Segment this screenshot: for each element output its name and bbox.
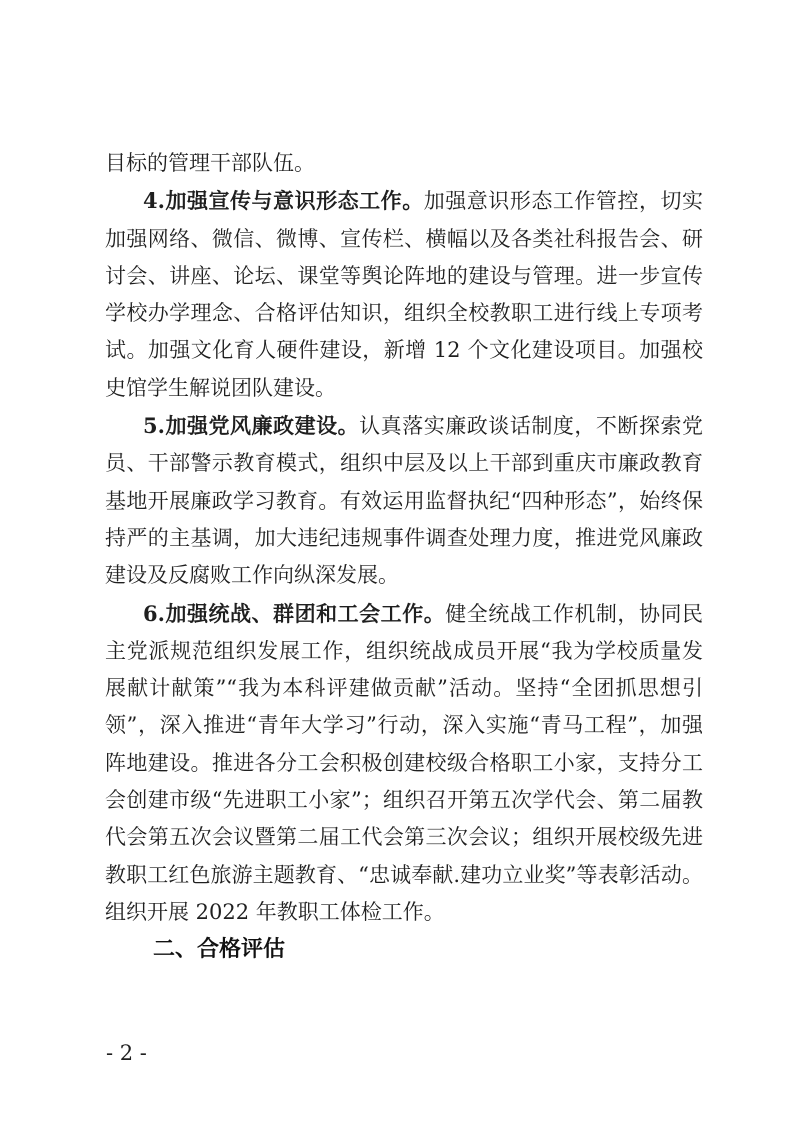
document-body: 目标的管理干部队伍。 4.加强宣传与意识形态工作。加强意识形态工作管控，切实加强…: [105, 144, 703, 969]
page-number: - 2 -: [106, 1042, 147, 1064]
document-page: 目标的管理干部队伍。 4.加强宣传与意识形态工作。加强意识形态工作管控，切实加强…: [0, 0, 793, 1122]
paragraph-text: 加强意识形态工作管控，切实加强网络、微信、微博、宣传栏、横幅以及各类社科报告会、…: [105, 189, 703, 399]
section-heading: 二、合格评估: [105, 931, 703, 968]
paragraph-text: 目标的管理干部队伍。: [105, 151, 315, 175]
paragraph-lead: 6.加强统战、群团和工会工作。: [143, 601, 445, 626]
paragraph-lead: 5.加强党风廉政建设。: [143, 413, 359, 438]
paragraph-item-5: 5.加强党风廉政建设。认真落实廉政谈话制度，不断探索党员、干部警示教育模式，组织…: [105, 407, 703, 594]
paragraph-text: 认真落实廉政谈话制度，不断探索党员、干部警示教育模式，组织中层及以上干部到重庆市…: [105, 414, 703, 587]
paragraph-item-6: 6.加强统战、群团和工会工作。健全统战工作机制，协同民主党派规范组织发展工作，组…: [105, 595, 703, 932]
paragraph-item-4: 4.加强宣传与意识形态工作。加强意识形态工作管控，切实加强网络、微信、微博、宣传…: [105, 182, 703, 407]
paragraph-text: 健全统战工作机制，协同民主党派规范组织发展工作，组织统战成员开展“我为学校质量发…: [105, 602, 703, 924]
paragraph-continuation: 目标的管理干部队伍。: [105, 144, 703, 182]
paragraph-lead: 4.加强宣传与意识形态工作。: [143, 188, 424, 213]
